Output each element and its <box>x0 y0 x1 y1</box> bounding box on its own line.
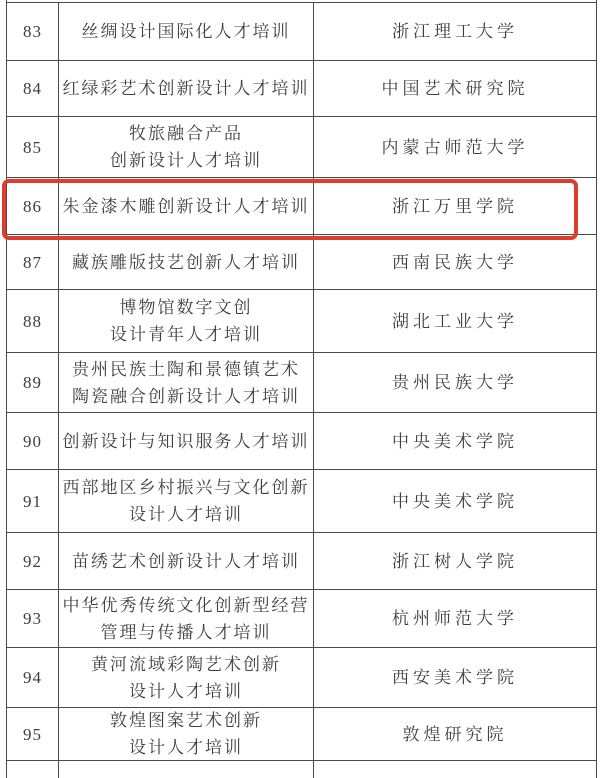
project-name-empty <box>59 761 314 778</box>
row-number: 91 <box>7 470 59 532</box>
project-name: 牧旅融合产品 创新设计人才培训 <box>59 117 314 177</box>
institution-name: 贵州民族大学 <box>314 353 596 412</box>
table-row: 87 藏族雕版技艺创新人才培训 西南民族大学 <box>7 235 596 290</box>
training-programs-table: 83 丝绸设计国际化人才培训 浙江理工大学 84 红绿彩艺术创新设计人才培训 中… <box>6 0 597 778</box>
project-name: 敦煌图案艺术创新 设计人才培训 <box>59 708 314 760</box>
institution-name: 敦煌研究院 <box>314 708 596 760</box>
project-name: 黄河流域彩陶艺术创新 设计人才培训 <box>59 648 314 707</box>
row-number: 87 <box>7 235 59 289</box>
institution-name: 西安美术学院 <box>314 648 596 707</box>
institution-name: 湖北工业大学 <box>314 290 596 352</box>
table-row: 91 西部地区乡村振兴与文化创新 设计人才培训 中央美术学院 <box>7 470 596 533</box>
row-number: 90 <box>7 413 59 469</box>
project-name: 藏族雕版技艺创新人才培训 <box>59 235 314 289</box>
project-name: 中华优秀传统文化创新型经营 管理与传播人才培训 <box>59 590 314 647</box>
project-name: 西部地区乡村振兴与文化创新 设计人才培训 <box>59 470 314 532</box>
project-name: 丝绸设计国际化人才培训 <box>59 3 314 60</box>
row-number: 86 <box>7 178 59 234</box>
project-name: 贵州民族土陶和景德镇艺术 陶瓷融合创新设计人才培训 <box>59 353 314 412</box>
table-row: 90 创新设计与知识服务人才培训 中央美术学院 <box>7 413 596 470</box>
institution-name: 浙江理工大学 <box>314 3 596 60</box>
institution-name: 中央美术学院 <box>314 413 596 469</box>
institution-name: 中央美术学院 <box>314 470 596 532</box>
institution-name-empty <box>314 761 596 778</box>
institution-name: 浙江万里学院 <box>314 178 596 234</box>
table-row: 85 牧旅融合产品 创新设计人才培训 内蒙古师范大学 <box>7 117 596 178</box>
row-number: 93 <box>7 590 59 647</box>
institution-name: 杭州师范大学 <box>314 590 596 647</box>
table-row: 83 丝绸设计国际化人才培训 浙江理工大学 <box>7 3 596 61</box>
table-row-partial-bottom <box>7 761 596 778</box>
row-number-empty <box>7 761 59 778</box>
project-name: 红绿彩艺术创新设计人才培训 <box>59 61 314 116</box>
row-number: 88 <box>7 290 59 352</box>
table-row-highlighted: 86 朱金漆木雕创新设计人才培训 浙江万里学院 <box>7 178 596 235</box>
row-number: 85 <box>7 117 59 177</box>
row-number: 84 <box>7 61 59 116</box>
row-number: 89 <box>7 353 59 412</box>
table-row: 84 红绿彩艺术创新设计人才培训 中国艺术研究院 <box>7 61 596 117</box>
institution-name: 中国艺术研究院 <box>314 61 596 116</box>
table-row: 88 博物馆数字文创 设计青年人才培训 湖北工业大学 <box>7 290 596 353</box>
project-name: 朱金漆木雕创新设计人才培训 <box>59 178 314 234</box>
row-number: 92 <box>7 533 59 589</box>
project-name: 博物馆数字文创 设计青年人才培训 <box>59 290 314 352</box>
document-page: 83 丝绸设计国际化人才培训 浙江理工大学 84 红绿彩艺术创新设计人才培训 中… <box>0 0 605 778</box>
table-row: 95 敦煌图案艺术创新 设计人才培训 敦煌研究院 <box>7 708 596 761</box>
row-number: 94 <box>7 648 59 707</box>
institution-name: 西南民族大学 <box>314 235 596 289</box>
row-number: 83 <box>7 3 59 60</box>
table-row: 89 贵州民族土陶和景德镇艺术 陶瓷融合创新设计人才培训 贵州民族大学 <box>7 353 596 413</box>
table-row: 92 苗绣艺术创新设计人才培训 浙江树人学院 <box>7 533 596 590</box>
row-number: 95 <box>7 708 59 760</box>
project-name: 创新设计与知识服务人才培训 <box>59 413 314 469</box>
table-row: 94 黄河流域彩陶艺术创新 设计人才培训 西安美术学院 <box>7 648 596 708</box>
institution-name: 内蒙古师范大学 <box>314 117 596 177</box>
institution-name: 浙江树人学院 <box>314 533 596 589</box>
project-name: 苗绣艺术创新设计人才培训 <box>59 533 314 589</box>
table-row: 93 中华优秀传统文化创新型经营 管理与传播人才培训 杭州师范大学 <box>7 590 596 648</box>
